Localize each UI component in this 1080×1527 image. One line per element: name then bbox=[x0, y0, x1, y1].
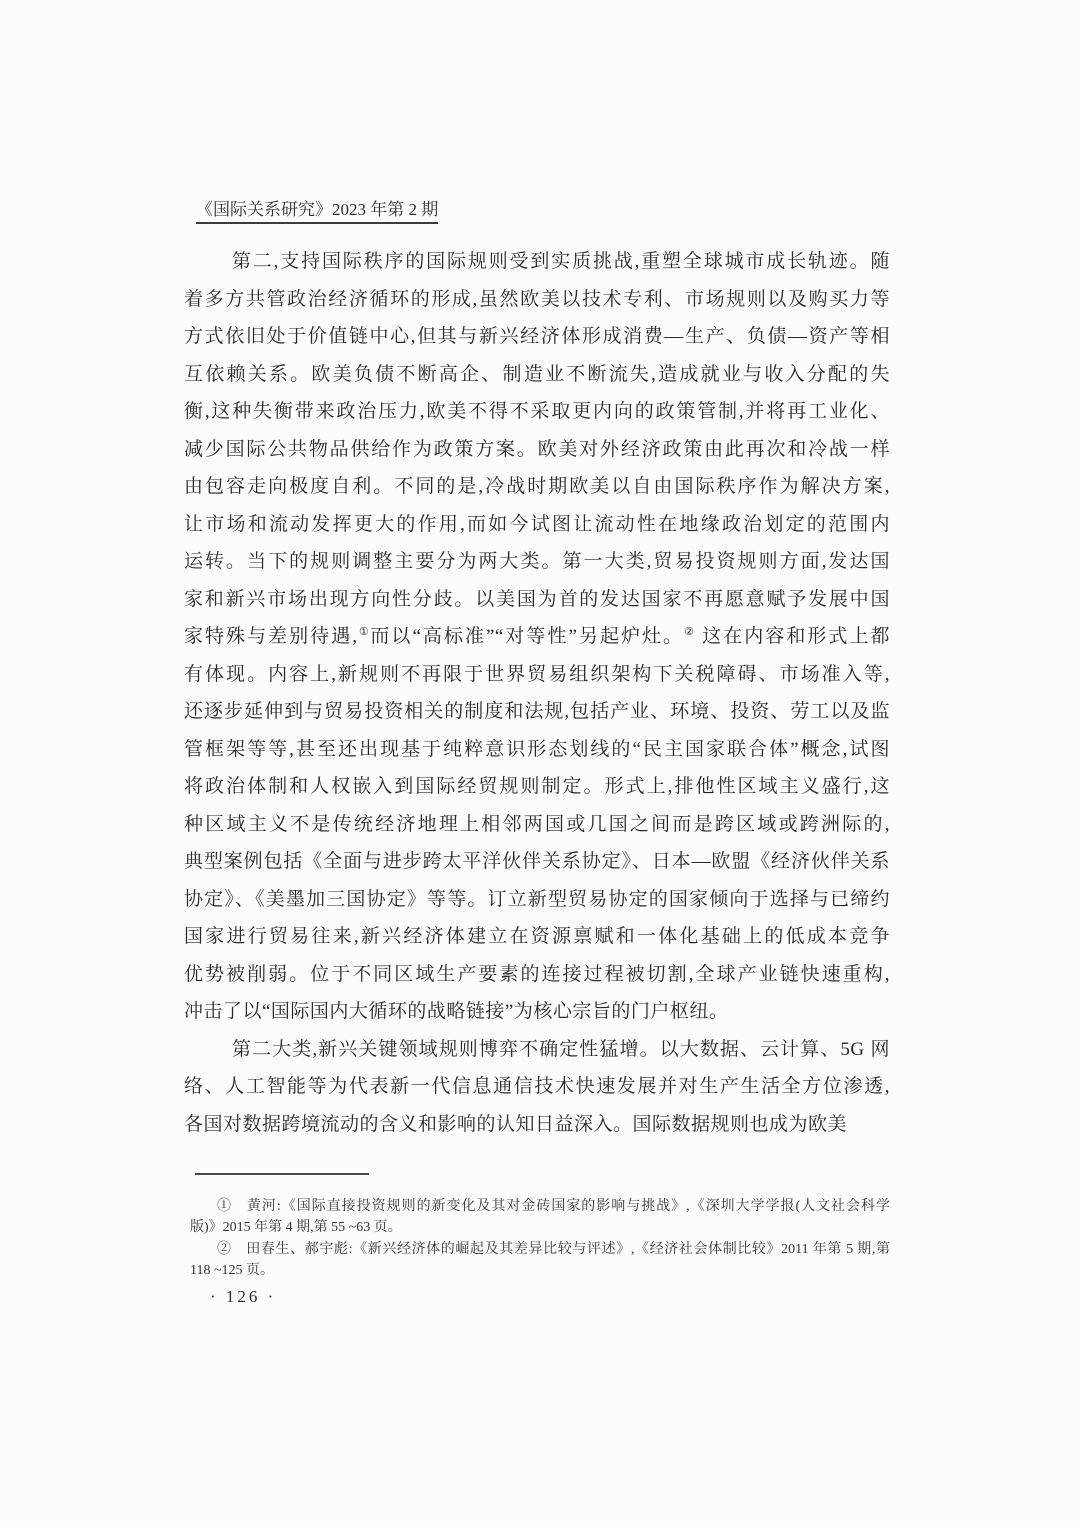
body-line: 第二,支持国际秩序的国际规则受到实质挑战,重塑全球城市成长轨迹。随 bbox=[184, 243, 890, 281]
body-line: 有体现。内容上,新规则不再限于世界贸易组织架构下关税障碍、市场准入等, bbox=[184, 656, 890, 694]
body-line: 衡,这种失衡带来政治压力,欧美不得不采取更内向的政策管制,并将再工业化、 bbox=[184, 393, 890, 431]
body-line: 由包容走向极度自利。不同的是,冷战时期欧美以自由国际秩序作为解决方案, bbox=[184, 468, 890, 506]
body-line: 减少国际公共物品供给作为政策方案。欧美对外经济政策由此再次和冷战一样 bbox=[184, 431, 890, 469]
page-number: · 126 · bbox=[210, 1287, 276, 1307]
body-line: 运转。当下的规则调整主要分为两大类。第一大类,贸易投资规则方面,发达国 bbox=[184, 543, 890, 581]
body-line: 互依赖关系。欧美负债不断高企、制造业不断流失,造成就业与收入分配的失 bbox=[184, 356, 890, 394]
body-line: 让市场和流动发挥更大的作用,而如今试图让流动性在地缘政治划定的范围内 bbox=[184, 506, 890, 544]
footnote-separator bbox=[195, 1173, 369, 1175]
body-line: 还逐步延伸到与贸易投资相关的制度和法规,包括产业、环境、投资、劳工以及监 bbox=[184, 693, 890, 731]
body-line: 络、人工智能等为代表新一代信息通信技术快速发展并对生产生活全方位渗透, bbox=[184, 1068, 890, 1106]
body-line: 各国对数据跨境流动的含义和影响的认知日益深入。国际数据规则也成为欧美 bbox=[184, 1106, 890, 1144]
body-text: 第二,支持国际秩序的国际规则受到实质挑战,重塑全球城市成长轨迹。随着多方共管政治… bbox=[184, 243, 890, 1143]
body-line: 方式依旧处于价值链中心,但其与新兴经济体形成消费—生产、负债—资产等相 bbox=[184, 318, 890, 356]
body-line: 典型案例包括《全面与进步跨太平洋伙伴关系协定》、日本—欧盟《经济伙伴关系 bbox=[184, 843, 890, 881]
footnote-line: 118 ~125 页。 bbox=[190, 1260, 890, 1281]
body-line: 种区域主义不是传统经济地理上相邻两国或几国之间而是跨区域或跨洲际的, bbox=[184, 806, 890, 844]
body-line: 着多方共管政治经济循环的形成,虽然欧美以技术专利、市场规则以及购买力等 bbox=[184, 281, 890, 319]
body-line: 将政治体制和人权嵌入到国际经贸规则制定。形式上,排他性区域主义盛行,这 bbox=[184, 768, 890, 806]
footnotes: ① 黄河:《国际直接投资规则的新变化及其对金砖国家的影响与挑战》,《深圳大学学报… bbox=[190, 1196, 890, 1281]
body-line: 家特殊与差别待遇,①而以“高标准”“对等性”另起炉灶。② 这在内容和形式上都 bbox=[184, 618, 890, 656]
body-line: 协定》、《美墨加三国协定》等等。订立新型贸易协定的国家倾向于选择与已缔约 bbox=[184, 881, 890, 919]
body-line: 冲击了以“国际国内大循环的战略链接”为核心宗旨的门户枢纽。 bbox=[184, 993, 890, 1031]
body-line: 管框架等等,甚至还出现基于纯粹意识形态划线的“民主国家联合体”概念,试图 bbox=[184, 731, 890, 769]
footnote-ref: ② bbox=[684, 626, 695, 638]
footnote-line: 版)》2015 年第 4 期,第 55 ~63 页。 bbox=[190, 1217, 890, 1238]
footnote-ref: ① bbox=[357, 626, 370, 638]
body-line: 家和新兴市场出现方向性分歧。以美国为首的发达国家不再愿意赋予发展中国 bbox=[184, 581, 890, 619]
footnote-line: ① 黄河:《国际直接投资规则的新变化及其对金砖国家的影响与挑战》,《深圳大学学报… bbox=[190, 1196, 890, 1217]
body-line: 优势被削弱。位于不同区域生产要素的连接过程被切割,全球产业链快速重构, bbox=[184, 956, 890, 994]
running-header: 《国际关系研究》2023 年第 2 期 bbox=[196, 200, 438, 224]
body-line: 第二大类,新兴关键领域规则博弈不确定性猛增。以大数据、云计算、5G 网 bbox=[184, 1031, 890, 1069]
journal-page: 《国际关系研究》2023 年第 2 期 第二,支持国际秩序的国际规则受到实质挑战… bbox=[0, 0, 1080, 1527]
body-line: 国家进行贸易往来,新兴经济体建立在资源禀赋和一体化基础上的低成本竞争 bbox=[184, 918, 890, 956]
footnote-line: ② 田春生、郝宇彪:《新兴经济体的崛起及其差异比较与评述》,《经济社会体制比较》… bbox=[190, 1239, 890, 1260]
